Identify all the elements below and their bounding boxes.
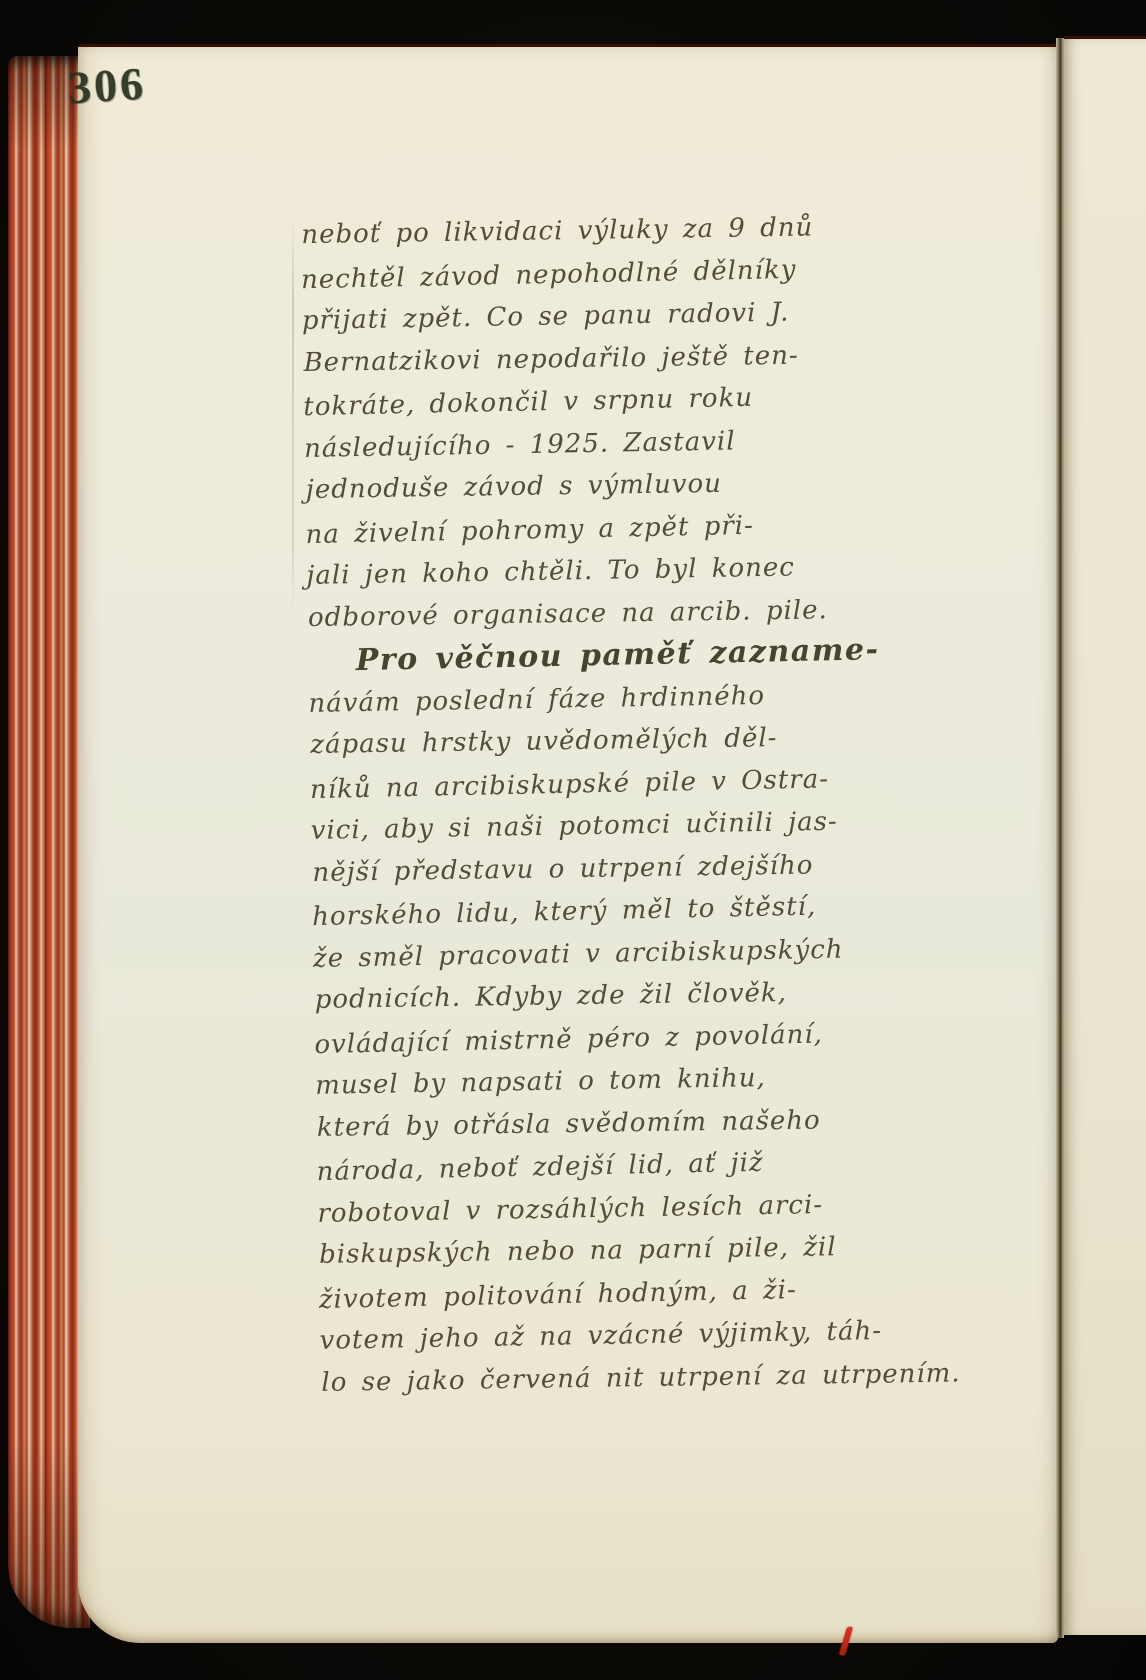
facing-page-sliver — [1064, 36, 1146, 1635]
handwritten-text: neboť po likvidaci výluky za 9 dnůnechtě… — [300, 203, 1021, 1405]
paper-fold-line — [292, 217, 294, 617]
book-scan: 306 neboť po likvidaci výluky za 9 dnůne… — [0, 0, 1146, 1680]
left-page: 306 neboť po likvidaci výluky za 9 dnůne… — [78, 44, 1058, 1643]
page-number-stamp: 306 — [66, 57, 147, 115]
gutter-crease — [1056, 38, 1064, 1638]
